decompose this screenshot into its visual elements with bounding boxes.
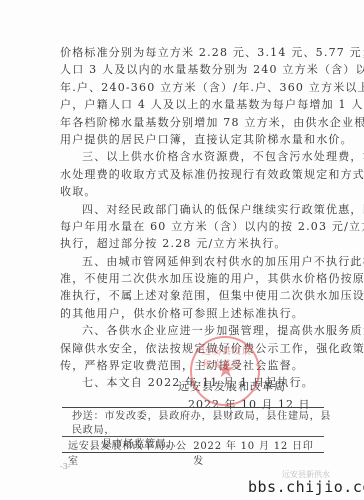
body-line: 传，严格界定收费范围，主动接受社会监督。	[60, 357, 312, 374]
body-line: 保障供水安全，依法按规定做好价费公示工作，强化政策宣	[60, 340, 312, 357]
page-number: -3-	[60, 462, 71, 471]
document-body: 价格标准分别为每立方米 2.28 元、3.14 元、5.77 元；户籍人口 3 …	[60, 44, 312, 392]
body-line: 的其他用户，供水价格可参照上述标准执行。	[60, 305, 312, 322]
body-line: 准执行，不属上述对象范围，但集中使用二次供水加压设施	[60, 287, 312, 304]
body-line: 用户提供的居民户口簿，直接认定其阶梯水量和水价。	[60, 131, 312, 148]
watermark-site: bbs.chijio.com	[248, 478, 364, 496]
body-line: 收取。	[60, 183, 312, 200]
divider-bottom	[62, 452, 324, 453]
body-line: 五、由城市管网延伸到农村供水的加压用户不执行此标	[60, 253, 312, 270]
star-icon: ★	[216, 360, 236, 382]
body-line: 每户年用水量在 60 立方米（含）以内的按 2.03 元/立方米	[60, 218, 312, 235]
body-line: 人口 3 人及以内的水量基数分别为 240 立方米（含）以下/	[60, 61, 312, 78]
body-line: 年.户、240-360 立方米（含）/年.户、360 立方米以上/年.	[60, 79, 312, 96]
body-line: 价格标准分别为每立方米 2.28 元、3.14 元、5.77 元；户籍	[60, 44, 312, 61]
body-line: 执行，超过部分按 2.28 元/立方米执行。	[60, 235, 312, 252]
body-line: 四、对经民政部门确认的低保户继续实行政策优惠，即	[60, 201, 312, 218]
body-line: 年各档阶梯水量基数分别增加 78 立方米，由供水企业根据	[60, 114, 312, 131]
body-line: 准，不使用二次供水加压设施的用户，其供水价格仍按原标	[60, 270, 312, 287]
body-line: 六、各供水企业应进一步加强管理，提高供水服务质量，	[60, 322, 312, 339]
body-line: 三、以上供水价格含水资源费，不包含污水处理费，污	[60, 148, 312, 165]
document-page: 价格标准分别为每立方米 2.28 元、3.14 元、5.77 元；户籍人口 3 …	[0, 0, 364, 500]
divider-top	[62, 407, 324, 408]
cc-line-1: 抄送：市发改委，县政府办，县财政局，县住建局，县民政局，	[72, 410, 332, 438]
official-seal: 远安县发展和改革局 ★	[190, 336, 260, 406]
body-line: 水处理费的收取方式及标准仍按现行有效政策规定和方式	[60, 166, 312, 183]
body-line: 户，户籍人口 4 人及以上的水量基数为每户每增加 1 人，每	[60, 96, 312, 113]
